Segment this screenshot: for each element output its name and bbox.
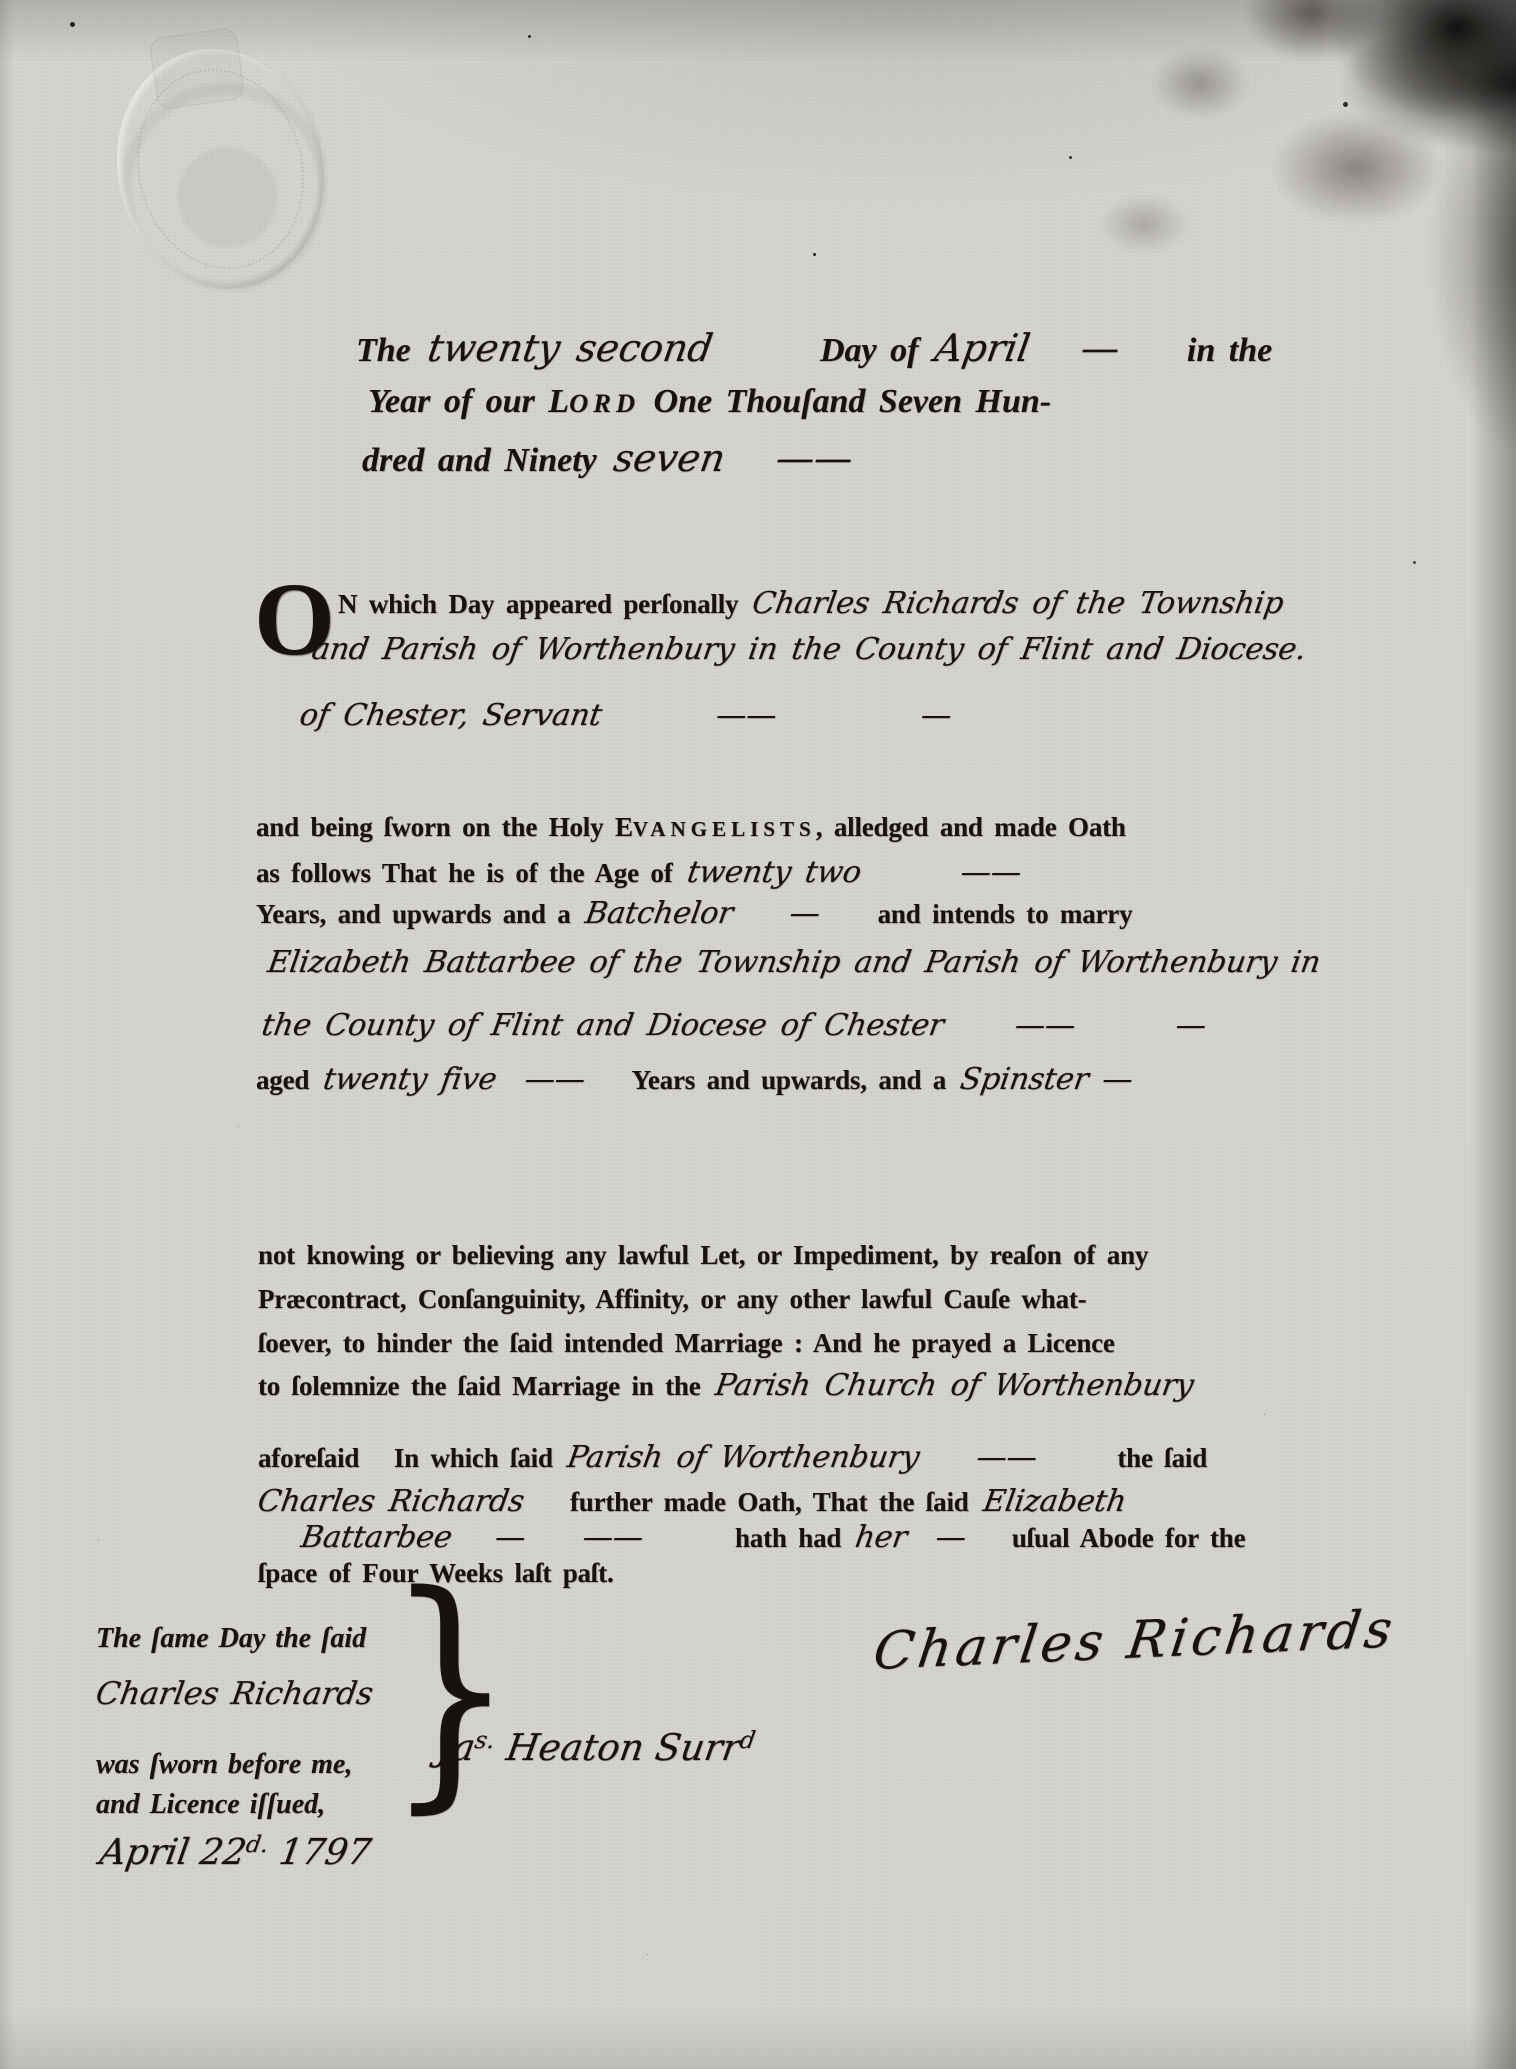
- text-segment-h: ——: [599, 698, 780, 734]
- text-segment-pi: The ſame Day the ſaid: [96, 1623, 366, 1654]
- text-segment-h: —: [729, 896, 822, 932]
- text-segment-p: Præcontract, Conſanguinity, Affinity, or…: [258, 1284, 1086, 1314]
- text-segment-pi: was ſworn before me,: [96, 1749, 352, 1780]
- text-segment-pi: and Licence iſſued,: [96, 1789, 325, 1820]
- text-segment-h: of Chester, Servant: [297, 698, 604, 734]
- attestation-line-4: and Licence iſſued,: [96, 1788, 325, 1821]
- embossed-seal-icon: [92, 27, 349, 311]
- text-segment-p: as follows That he is of the Age of: [256, 858, 673, 888]
- text-segment-h: 1797: [265, 1832, 374, 1874]
- oath-line-1: and being ſworn on the Holy EVANGELISTS,…: [256, 812, 1126, 844]
- text-segment-pi: Day of: [712, 332, 918, 369]
- text-segment-h: and Parish of Worthenbury in the County …: [309, 632, 1308, 668]
- text-segment-h: —: [904, 1520, 969, 1556]
- oath-line-4: Elizabeth Battarbee of the Township and …: [268, 945, 1320, 981]
- attestation-date: April 22d. 1797: [100, 1832, 371, 1874]
- text-segment-p: to ſolemnize the ſaid Marriage in the: [258, 1371, 701, 1401]
- appearance-line-1: N which Day appeared perſonally Charles …: [338, 586, 1283, 622]
- header-line-3: dred and Ninety seven ——: [362, 436, 852, 481]
- text-segment-h: ——: [721, 436, 856, 481]
- text-segment-h: —: [1085, 1062, 1135, 1098]
- ink-stain: [976, 0, 1516, 450]
- text-segment-h: twenty five: [306, 1062, 499, 1098]
- text-segment-p: further made Oath, That the ſaid: [524, 1487, 969, 1517]
- appearance-line-3: of Chester, Servant —— —: [300, 698, 951, 734]
- text-segment-p: the ſaid: [1037, 1443, 1208, 1473]
- text-segment-h: ——: [858, 855, 1025, 891]
- header-line-2: Year of our LORD One Thouſand Seven Hun-: [368, 382, 1051, 422]
- impediment-line-2: Præcontract, Conſanguinity, Affinity, or…: [258, 1284, 1086, 1316]
- text-segment-psc: VANGELISTS: [633, 817, 816, 841]
- oath-line-6: aged twenty five —— Years and upwards, a…: [256, 1062, 1133, 1098]
- text-segment-h: —: [774, 698, 954, 734]
- text-segment-pi: One Thouſand Seven Hun-: [640, 383, 1051, 420]
- text-segment-h: twenty second: [407, 326, 715, 371]
- text-segment-pisc: ORD: [569, 388, 640, 418]
- text-segment-h: Parish Church of Worthenbury: [698, 1368, 1196, 1404]
- text-segment-h: Heaton Surr: [491, 1726, 743, 1770]
- document-page: The twenty second Day of April — in the …: [0, 0, 1516, 2069]
- text-segment-h: Elizabeth: [966, 1484, 1129, 1520]
- text-segment-h: Ja: [435, 1726, 479, 1770]
- text-segment-h: ——: [494, 1062, 589, 1098]
- text-segment-p: hath had: [643, 1523, 842, 1553]
- text-segment-p: aged: [256, 1065, 309, 1095]
- text-segment-h: ——: [916, 1440, 1039, 1476]
- text-segment-h: Charles Richards: [255, 1484, 526, 1520]
- attestation-line-2: Charles Richards: [96, 1676, 373, 1713]
- text-segment-h: Parish of Worthenbury: [550, 1440, 922, 1476]
- text-segment-p: , alledged and made Oath: [816, 812, 1126, 842]
- attestation-line-1: The ſame Day the ſaid: [96, 1622, 366, 1655]
- text-segment-h: Charles Richards of the Township: [736, 586, 1287, 622]
- impediment-line-3: ſoever, to hinder the ſaid intended Marr…: [258, 1328, 1115, 1360]
- header-line-1: The twenty second Day of April — in the: [356, 326, 1272, 371]
- oath-line-3: Years, and upwards and a Batchelor — and…: [256, 896, 1132, 932]
- text-segment-h: Spinster: [943, 1062, 1091, 1098]
- text-segment-h: the County of Flint and Diocese of Chest…: [259, 1008, 946, 1044]
- paper-specks: [0, 0, 5, 5]
- abode-line-1: aforeſaid In which ſaid Parish of Worthe…: [258, 1440, 1207, 1476]
- text-segment-p: N which Day appeared perſonally: [338, 589, 738, 619]
- oath-line-2: as follows That he is of the Age of twen…: [256, 855, 1021, 891]
- text-segment-h: Charles Richards: [93, 1676, 376, 1713]
- text-segment-h: —: [1026, 326, 1123, 371]
- text-segment-p: aforeſaid In which ſaid: [258, 1443, 553, 1473]
- text-segment-h: Batchelor: [568, 896, 735, 932]
- text-segment-h: ——: [941, 1008, 1079, 1044]
- text-segment-pi: Year of our L: [368, 383, 569, 420]
- text-segment-hs: d.: [244, 1832, 270, 1859]
- oath-line-5: the County of Flint and Diocese of Chest…: [262, 1008, 1206, 1044]
- text-segment-h: seven: [593, 436, 728, 481]
- abode-line-2: Charles Richards further made Oath, That…: [258, 1484, 1125, 1520]
- impediment-line-4: to ſolemnize the ſaid Marriage in the Pa…: [258, 1368, 1193, 1404]
- text-segment-pi: dred and Ninety: [362, 442, 597, 479]
- text-segment-h: her: [838, 1520, 909, 1556]
- text-segment-h: April: [915, 326, 1034, 371]
- text-segment-p: ſoever, to hinder the ſaid intended Marr…: [258, 1328, 1115, 1358]
- text-segment-h: twenty two: [670, 855, 864, 891]
- text-segment-pi: The: [356, 332, 411, 369]
- deponent-signature: Charles Richards: [870, 1599, 1399, 1682]
- text-segment-p: and intends to marry: [820, 899, 1133, 929]
- impediment-line-1: not knowing or believing any lawful Let,…: [258, 1240, 1148, 1272]
- text-segment-p: not knowing or believing any lawful Let,…: [258, 1240, 1148, 1270]
- text-segment-p: uſual Abode for the: [966, 1523, 1246, 1553]
- text-segment-hs: s.: [473, 1726, 497, 1754]
- text-segment-p: and being ſworn on the Holy E: [256, 812, 633, 842]
- text-segment-h: Elizabeth Battarbee of the Township and …: [265, 945, 1323, 981]
- text-segment-pi: in the: [1119, 332, 1272, 369]
- text-segment-h: —: [1073, 1008, 1210, 1044]
- text-segment-p: Years, and upwards and a: [256, 899, 571, 929]
- appearance-line-2: and Parish of Worthenbury in the County …: [312, 632, 1306, 668]
- attestation-line-3: was ſworn before me,: [96, 1748, 352, 1781]
- surrogate-signature: Jas. Heaton Surrd: [438, 1726, 755, 1770]
- text-segment-h: April 22: [97, 1832, 250, 1874]
- text-segment-p: Years and upwards, and a: [585, 1065, 946, 1095]
